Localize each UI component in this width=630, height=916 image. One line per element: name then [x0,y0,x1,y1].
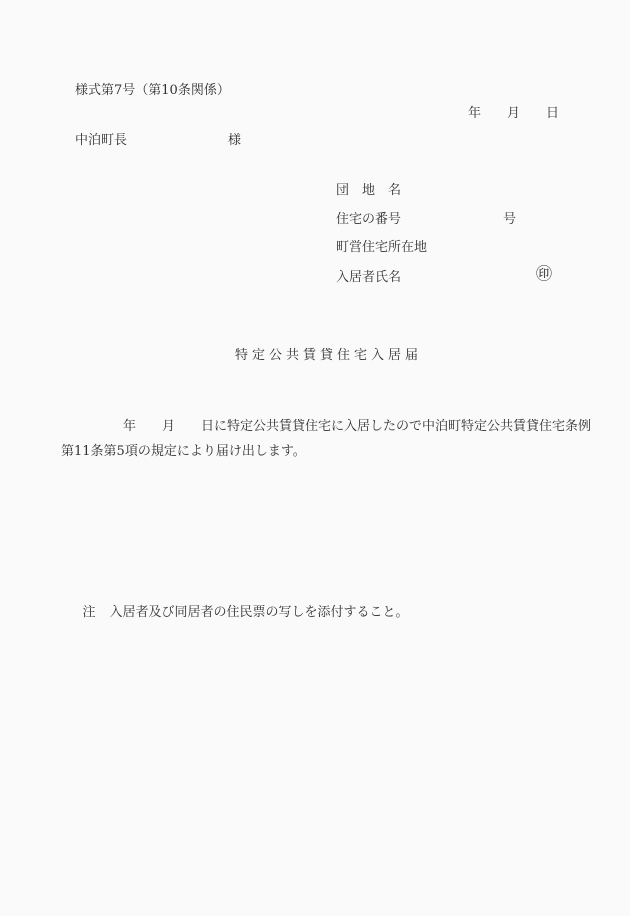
body-line-2: 第11条第5項の規定により届け出します。 [61,445,306,458]
form-number-label: 様式第7号（第10条関係） [75,84,230,97]
note-label: 注 [83,605,96,620]
form-page: 様式第7号（第10条関係） 年 月 日 中泊町長 様 団 地 名 住宅の番号 号… [0,0,630,916]
submission-date-placeholder: 年 月 日 [468,107,559,120]
house-number-label: 住宅の番号 [336,213,401,226]
note-line: 注入居者及び同居者の住民票の写しを添付すること。 [66,593,409,632]
document-title: 特定公共賃貸住宅入居届 [235,349,422,362]
estate-name-label: 団 地 名 [336,184,401,197]
house-number-unit-suffix: 号 [503,213,516,226]
tenant-name-label: 入居者氏名 [336,271,401,284]
housing-address-label: 町営住宅所在地 [336,241,427,254]
addressee-honorific: 様 [228,134,241,147]
note-text: 入居者及び同居者の住民票の写しを添付すること。 [110,605,409,620]
body-line-1: 年 月 日に特定公共賃貸住宅に入居したので中泊町特定公共賃貸住宅条例 [123,420,591,433]
addressee-label: 中泊町長 [75,134,127,147]
seal-mark-icon: ㊞ [536,266,552,282]
